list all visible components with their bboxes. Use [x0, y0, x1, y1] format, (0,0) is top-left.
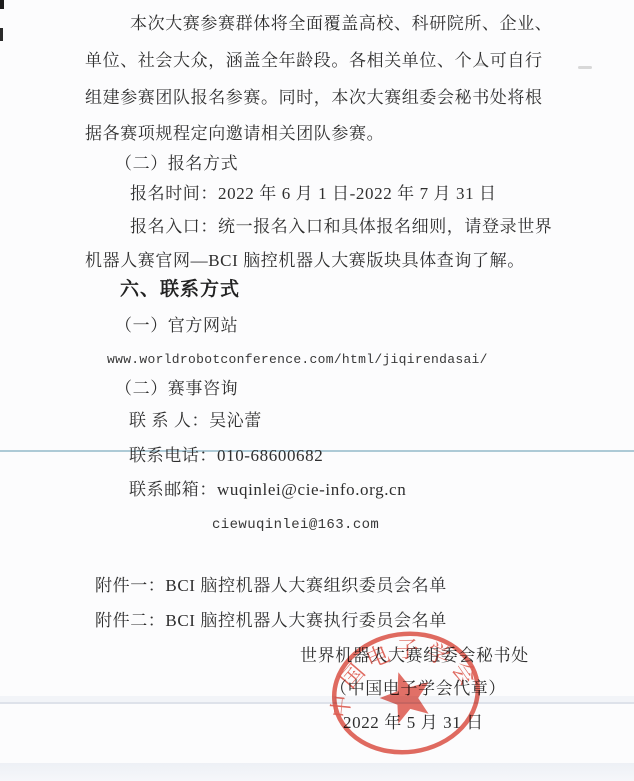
contact-phone-line: 联系电话：010-68600682 [129, 446, 323, 466]
subsection-heading-event-consultation: （二）赛事咨询 [115, 379, 238, 399]
scan-fold-line [0, 702, 634, 704]
paragraph-line-1: 本次大赛参赛群体将全面覆盖高校、科研院所、企业、 [130, 14, 552, 34]
paragraph-line-4: 据各赛项规程定向邀请相关团队参赛。 [85, 124, 384, 144]
official-seal-stamp: 中国电子学会 [326, 626, 486, 760]
subsection-heading-official-website: （一）官方网站 [115, 316, 238, 336]
registration-time-line: 报名时间：2022 年 6 月 1 日-2022 年 7 月 31 日 [130, 184, 497, 204]
attachment-1-line: 附件一：BCI 脑控机器人大赛组织委员会名单 [95, 576, 447, 596]
scan-bottom-shade [0, 763, 634, 781]
official-website-url: www.worldrobotconference.com/html/jiqire… [107, 350, 488, 370]
paragraph-line-2: 单位、社会大众，涵盖全年龄段。各相关单位、个人可自行 [85, 51, 543, 71]
paragraph-line-3: 组建参赛团队报名参赛。同时，本次大赛组委会秘书处将根 [85, 88, 543, 108]
contact-email-alt-line: ciewuqinlei@163.com [212, 515, 379, 535]
subsection-heading-registration-method: （二）报名方式 [115, 154, 238, 174]
scan-smudge-top-left-2 [0, 28, 3, 41]
registration-entry-line-2: 机器人赛官网—BCI 脑控机器人大赛版块具体查询了解。 [85, 251, 525, 271]
contact-email-line: 联系邮箱：wuqinlei@cie-info.org.cn [129, 480, 406, 500]
scan-smudge-top-left-1 [0, 0, 4, 9]
contact-person-line: 联 系 人：吴沁蕾 [129, 411, 262, 431]
registration-entry-line-1: 报名入口：统一报名入口和具体报名细则，请登录世界 [130, 217, 552, 237]
seal-star-icon [374, 664, 438, 726]
scan-speck-2 [578, 66, 592, 69]
scanned-document-page: 本次大赛参赛群体将全面覆盖高校、科研院所、企业、 单位、社会大众，涵盖全年龄段。… [0, 0, 634, 781]
section-heading-contact: 六、联系方式 [120, 280, 240, 300]
